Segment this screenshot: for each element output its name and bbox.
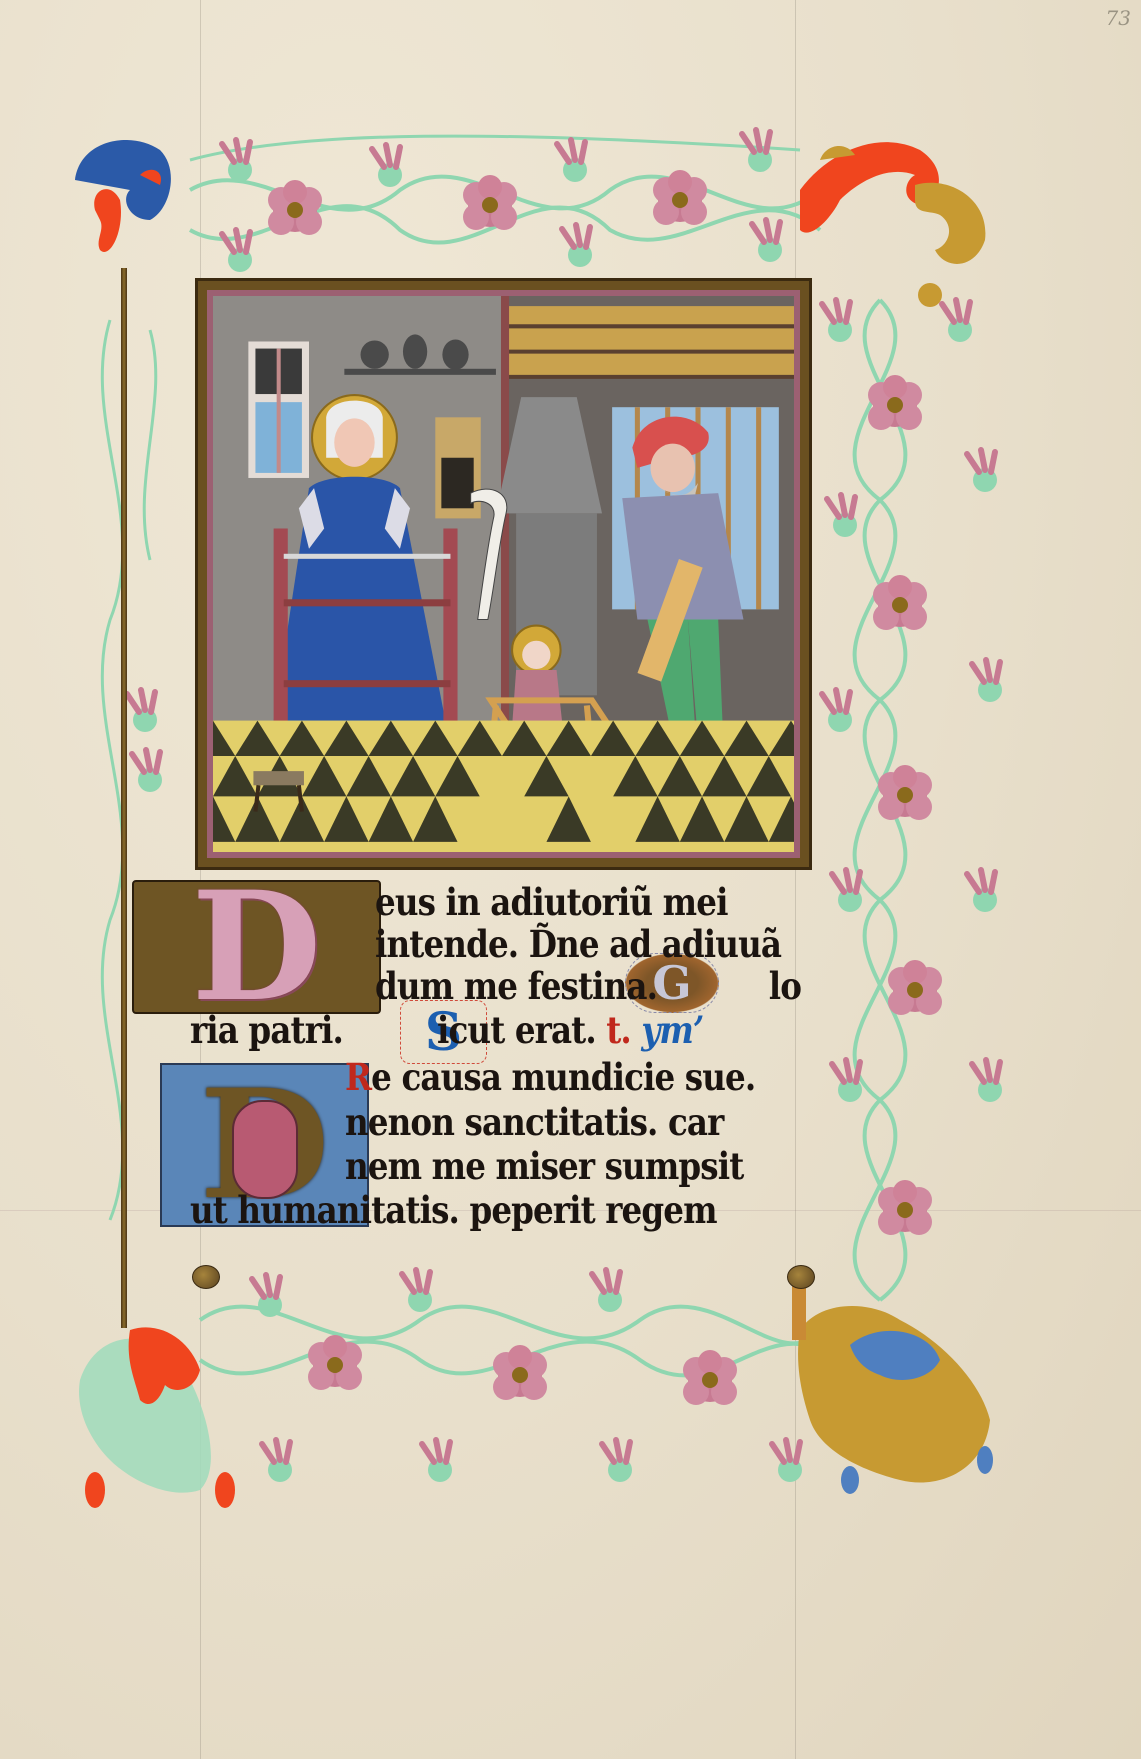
miniature [207, 290, 800, 858]
parchment-page: 73 [0, 0, 1141, 1759]
text-line-8: ut humanitatis. peperit regem [190, 1188, 717, 1232]
text-line-3: dum me festina. lo [375, 964, 801, 1008]
rubric-mark: t. [606, 1008, 631, 1052]
gold-border-bar [121, 268, 127, 1328]
text-line-6: nenon sanctitatis. car [345, 1100, 723, 1144]
text-line-7: nem me miser sumpsit [345, 1144, 743, 1188]
text-line-5: Re causa mundicie sue. [345, 1055, 755, 1099]
text-block: eus in adiutoriũ mei intende. D̃ne ad a… [205, 880, 825, 1260]
acanthus-bottom-right [792, 1270, 993, 1494]
hymn-rubric: ym’ [641, 1008, 703, 1052]
text-line-1: eus in adiutoriũ mei [375, 880, 728, 924]
text-line-4: ria patri. icut erat. t. ym’ [190, 1008, 703, 1052]
gold-knob-left [192, 1265, 220, 1289]
acanthus-top-left [75, 140, 171, 252]
miniature-frame [195, 278, 812, 870]
holy-family-scene [213, 296, 794, 852]
acanthus-top-right [800, 142, 985, 307]
gold-knob-right [787, 1265, 815, 1289]
acanthus-bottom-left [79, 1327, 235, 1508]
text-line-2: intende. D̃ne ad adiuuã [375, 922, 781, 966]
